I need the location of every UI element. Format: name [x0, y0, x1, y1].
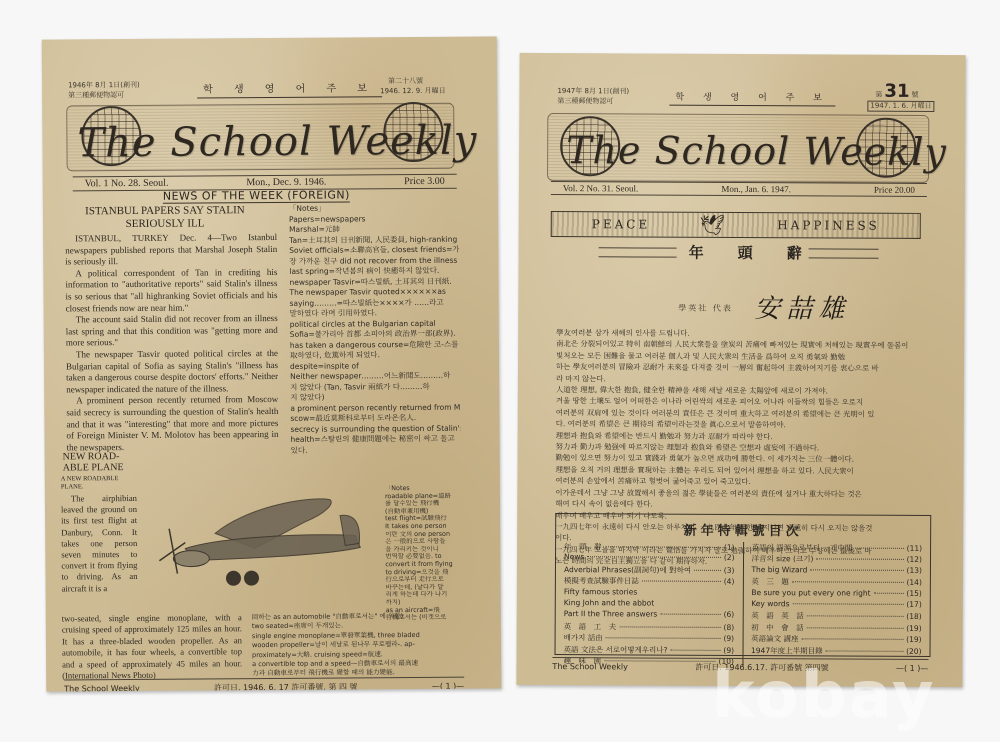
- footer-title: The School Weekly: [64, 684, 139, 692]
- toc-entry: 英 三 題(14): [751, 576, 922, 588]
- toc-entry: Key words(17): [751, 599, 922, 611]
- toc-column-left: 年 頭 辭(1) News(2) Adverbial Phrases(副詞句)에…: [555, 541, 742, 667]
- headline-line: ABLE PLANE: [63, 462, 135, 474]
- issue-number: 31: [884, 81, 909, 102]
- korean-title: 학 생 영 어 주 보: [669, 90, 836, 107]
- note-line: Neither newspaper………어느新聞도………하: [290, 371, 460, 383]
- toc-entry-page: (17): [906, 600, 921, 609]
- watermark: kobay: [712, 664, 936, 728]
- footer-title: The School Weekly: [552, 662, 627, 671]
- toc-title: 新年特輯號目次: [556, 514, 930, 543]
- article-paragraph: The newspaper Tasvir quoted political ci…: [66, 348, 278, 396]
- page-footer: The School Weekly 許可日. 1946. 6. 17 許可番號.…: [64, 677, 464, 692]
- toc-entry-page: (8): [724, 623, 735, 632]
- toc-entry-label: 洋音의 size (크기): [751, 553, 813, 564]
- toc-entry: 年 頭 辭(1): [564, 541, 735, 553]
- vocabulary-notes: 「Notes」 Papers=newspapers Marshal=元帥 Tan…: [289, 203, 461, 456]
- table-of-contents: 新年特輯號目次 年 頭 辭(1) News(2) Adverbial Phras…: [555, 513, 932, 657]
- postal-permit-note: 第三種郵便物認可: [68, 91, 124, 100]
- article-paragraph: two-seated, single engine monoplane, wit…: [62, 612, 242, 682]
- volume-info: Vol. 1 No. 28. Seoul.: [85, 178, 169, 190]
- airplane-illustration: [155, 487, 371, 593]
- note-line: last spring=작년봄의 病이 快癒하지 않았다.: [289, 266, 459, 278]
- toc-entry: 模擬考查試驗事件日誌(4): [564, 575, 735, 587]
- note-line: a prominent person recently returned fro…: [290, 402, 460, 414]
- postal-permit-note: 第三種郵便物認可: [557, 97, 613, 106]
- toc-entry: 初 中 會 話(19): [751, 622, 922, 634]
- note-line: 있다.: [291, 444, 461, 456]
- price: Price 20.00: [874, 185, 915, 195]
- article-paragraph: A prominent person recently returned fro…: [66, 394, 278, 453]
- newspaper-page-right: 1947年 8月 1日(創刊) 第三種郵便物認可 학 생 영 어 주 보 第 3…: [516, 53, 965, 687]
- toc-entry-page: (18): [906, 612, 921, 621]
- toc-entry-label: 英 語 英 話: [751, 610, 804, 621]
- toc-entry-label: Part II the Three answers: [564, 609, 658, 618]
- author-label: 學英社 代表: [678, 304, 733, 313]
- plane-article-body-wide: two-seated, single engine monoplane, wit…: [62, 612, 242, 682]
- headline-line: SERIOUSLY ILL: [65, 217, 265, 231]
- toc-entry-page: (2): [724, 553, 735, 562]
- toc-entry-page: (9): [723, 645, 734, 654]
- toc-entry-label: Key words: [751, 599, 789, 608]
- peace-happiness-banner: PEACE 🕊 HAPPINESS: [551, 211, 921, 239]
- toc-entry-label: King John and the abbot: [564, 598, 654, 607]
- toc-entry-label: 배가지 話由: [564, 632, 603, 643]
- masthead-banner: The School Weekly: [66, 103, 454, 172]
- toc-entry-label: Fifty famous stories: [564, 587, 637, 596]
- toc-entry: Fifty famous stories: [564, 587, 735, 599]
- issue-number-box: 第 31 號: [875, 81, 918, 102]
- masthead-title: The School Weekly: [77, 118, 477, 167]
- toc-entry-label: The big Wizard: [751, 565, 807, 574]
- note-line: saying………=따스빌紙는××××가 ……라고: [290, 297, 460, 309]
- toc-entry: 英 語 英 話(18): [751, 610, 922, 622]
- toc-entry-page: (9): [723, 634, 734, 643]
- toc-entry: 英語 文法은 서로어떻게우리나?(9): [564, 644, 735, 656]
- masthead-title: The School Weekly: [566, 128, 947, 174]
- plane-subhead: A NEW ROADABLE PLANE.: [61, 475, 131, 491]
- toc-entry: News(2): [564, 552, 735, 564]
- note-line: The newspaper Tasvir quoted××××××as: [289, 287, 459, 299]
- plane-article-body-narrow: The airphibian leaved the ground on its …: [61, 493, 138, 594]
- issue-suffix: 號: [911, 91, 918, 100]
- article-paragraph: The account said Stalin did not recover …: [66, 313, 278, 349]
- publication-date-note: 1946年 8月 1日(創刊): [68, 81, 140, 90]
- toc-entry: Adverbial Phrases(副詞句)에 對하여(3): [564, 564, 735, 576]
- toc-entry-label: Adverbial Phrases(副詞句)에 對하여: [564, 564, 691, 576]
- footer-permit: 許可日. 1946. 6. 17 許可番號. 第 四 號: [214, 681, 358, 691]
- issue-date-note: 1947. 1. 6. 月曜日: [867, 101, 934, 112]
- peace-label: PEACE: [592, 217, 651, 231]
- page-number: —( 1 )—: [432, 682, 464, 691]
- toc-entry-label: 1947年度上半期目錄: [751, 645, 823, 656]
- article-paragraph: A political correspondent of Tan in cred…: [65, 267, 277, 315]
- masthead-banner: The School Weekly: [547, 113, 929, 183]
- dove-icon: 🕊: [699, 213, 728, 237]
- toc-entry: 英語論文 講座(19): [751, 633, 922, 645]
- issue-date: Mon., Jan. 6. 1947.: [721, 184, 791, 194]
- toc-entry: King John and the abbot: [564, 598, 735, 610]
- toc-entry-label: Be sure you put every one right: [751, 588, 870, 598]
- toc-entry-page: (3): [724, 566, 735, 575]
- headline-line: ISTANBUL PAPERS SAY STALIN: [65, 204, 265, 218]
- note-line: Sofia=불가리아 首都 소피아의 政治界一部(政界).: [290, 329, 460, 341]
- toc-entry-label: 初 中 會 話: [751, 622, 804, 633]
- toc-column-right: 英語의 語源으로부터 一개中間(11) 洋音의 size (크기)(12) Th…: [742, 542, 930, 668]
- korean-title: 학 생 영 어 주 보: [197, 79, 382, 98]
- price: Price 3.00: [404, 176, 445, 187]
- plane-notes: 「Notes roadable plane=道路 를 달수있는 飛行機 (自動車…: [385, 485, 466, 622]
- toc-entry-page: (20): [906, 646, 921, 655]
- article-body-stalin: ISTANBUL, TURKEY Dec. 4—Two Istanbul new…: [65, 232, 279, 454]
- article-paragraph: ISTANBUL, TURKEY Dec. 4—Two Istanbul new…: [65, 232, 277, 268]
- plane-headline: NEW ROAD- ABLE PLANE: [63, 451, 135, 474]
- toc-entry-label: 英 三 題: [751, 576, 789, 587]
- article-paragraph: The airphibian leaved the ground on its …: [61, 493, 138, 594]
- toc-entry-page: (15): [906, 588, 921, 597]
- toc-entry: 英 語 工 夫(8): [564, 621, 735, 633]
- toc-entry-label: 英 語 工 夫: [564, 621, 617, 632]
- toc-entry-label: News: [564, 552, 584, 561]
- toc-entry-label: 英語의 語源으로부터 一개中間: [752, 542, 853, 554]
- headline-line: NEW ROAD-: [63, 451, 135, 463]
- section-heading: NEWS OF THE WEEK (FOREIGN): [163, 188, 350, 203]
- toc-entry: Be sure you put every one right(15): [751, 588, 922, 600]
- toc-entry-page: (4): [724, 577, 735, 586]
- body-line: 하는 學友여러분의 冒險과 忍耐가 未來를 다져줄 것이 一層의 奮起하여 主義…: [556, 361, 930, 374]
- note-line: health=스탈린의 健康問題에는 秘密이 싸고 돌고: [290, 434, 460, 446]
- toc-entry-label: 模擬考查試驗事件日誌: [564, 575, 639, 586]
- issue-prefix: 第: [875, 91, 882, 100]
- toc-entry-page: (13): [907, 566, 922, 575]
- toc-entry-page: (1): [724, 543, 735, 552]
- toc-entry: 배가지 話由(9): [564, 632, 735, 644]
- toc-entry-page: (19): [906, 624, 921, 633]
- title-rule-left: [599, 247, 677, 257]
- note-line: has taken a dangerous course=危險한 코-스를: [290, 339, 460, 351]
- toc-entry: 洋音의 size (크기)(12): [751, 553, 922, 565]
- toc-entry-page: (6): [724, 610, 735, 619]
- title-rule-right: [809, 248, 879, 258]
- issue-info-bar: Vol. 2 No. 31. Seoul. Mon., Jan. 6. 1947…: [551, 181, 927, 197]
- issue-number: 第二十八號: [388, 77, 423, 86]
- issue-date-note: 1946. 12. 9. 月曜日: [380, 87, 446, 96]
- plane-notes-continued: 回하는 as an automobile "自動車로서는" 에 의함) two …: [252, 612, 472, 679]
- volume-info: Vol. 2 No. 31. Seoul.: [563, 183, 638, 193]
- toc-entry: 1947年度上半期目錄(20): [751, 645, 922, 657]
- happiness-label: HAPPINESS: [777, 218, 880, 233]
- toc-entry-page: (19): [906, 635, 921, 644]
- toc-entry-page: (11): [907, 544, 922, 553]
- toc-entry-page: (14): [906, 578, 921, 587]
- toc-entry-label: 英語論文 講座: [751, 633, 798, 644]
- toc-entry-page: (12): [907, 555, 922, 564]
- publication-date-note: 1947年 8月 1日(創刊): [557, 87, 629, 96]
- issue-date: Mon., Dec. 9. 1946.: [246, 177, 326, 189]
- toc-entry: The big Wizard(13): [751, 565, 922, 577]
- toc-entry-label: 英語 文法은 서로어떻게우리나?: [564, 644, 668, 656]
- article-headline: ISTANBUL PAPERS SAY STALIN SERIOUSLY ILL: [65, 204, 265, 231]
- newspaper-page-left: 1946年 8月 1日(創刊) 第三種郵便物認可 학 생 영 어 주 보 第二十…: [42, 36, 502, 691]
- toc-entry-label: 年 頭 辭: [564, 541, 602, 552]
- author-signature: 安喆雄: [754, 288, 850, 326]
- note-line: Soviet officials=소聯高官들, closest friends=…: [289, 245, 459, 257]
- toc-entry: 英語의 語源으로부터 一개中間(11): [752, 542, 923, 554]
- toc-entry: Part II the Three answers(6): [564, 609, 735, 621]
